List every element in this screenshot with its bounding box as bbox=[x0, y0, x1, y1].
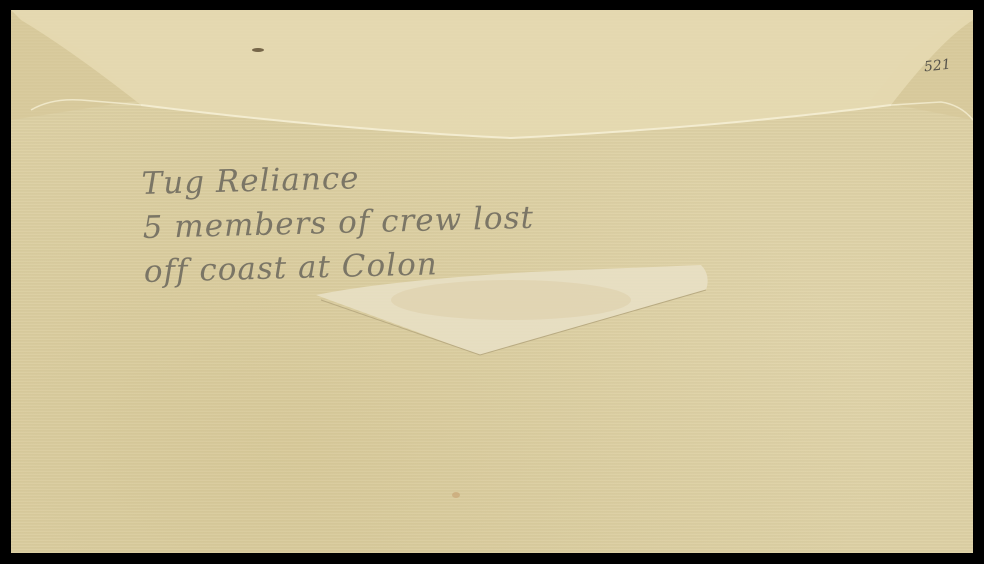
handwritten-note: Tug Reliance 5 members of crew lost off … bbox=[141, 152, 536, 294]
envelope-back: 521 Tug Reliance 5 members of crew lost … bbox=[11, 10, 973, 553]
catalog-number: 521 bbox=[923, 57, 951, 76]
